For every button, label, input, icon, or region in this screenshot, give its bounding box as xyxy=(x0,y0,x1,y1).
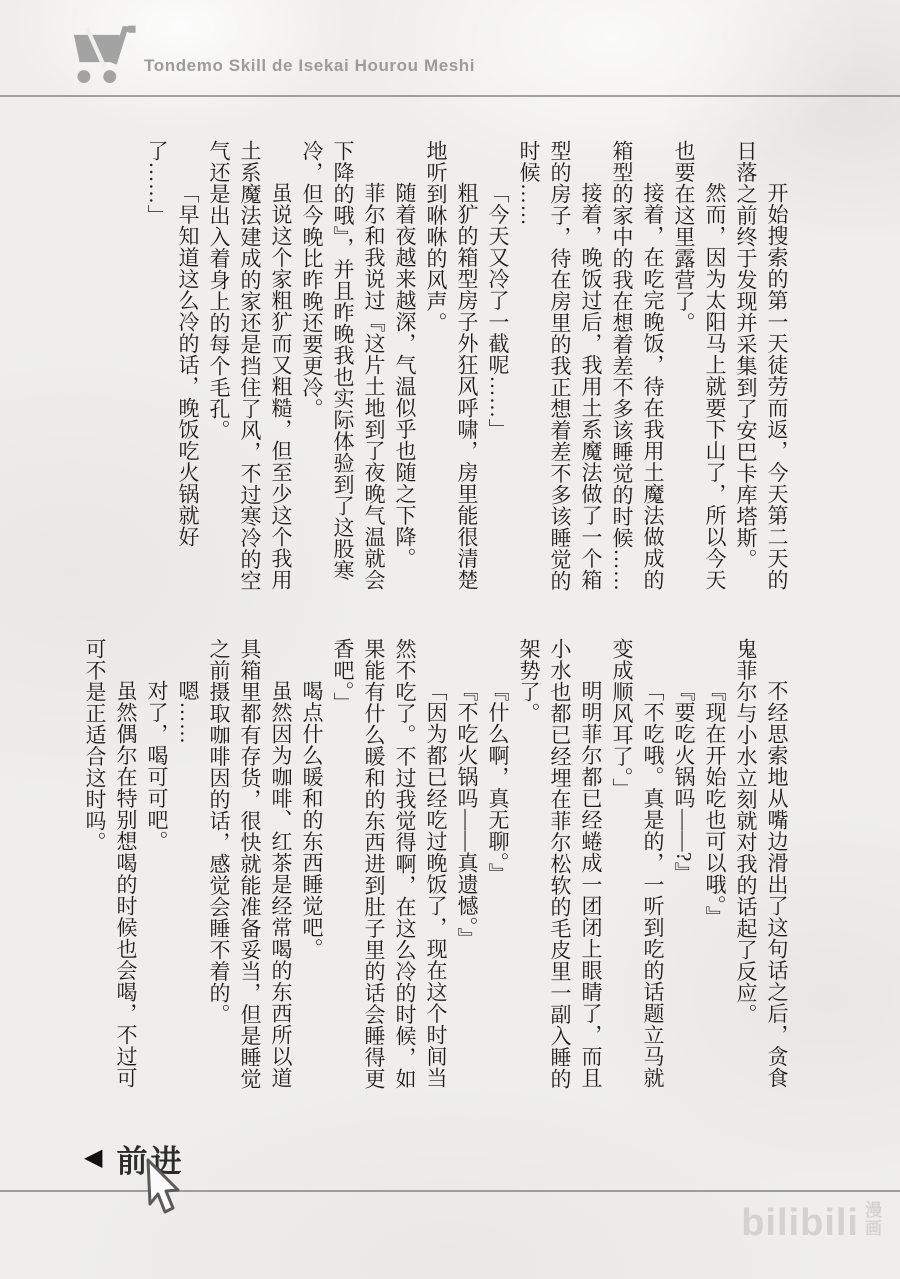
paragraph: 「因为都已经吃过晚饭了，现在这个时间当然不吃了。不过我觉得啊，在这么冷的时候，如… xyxy=(327,638,451,1108)
paragraph: 不经思索地从嘴边滑出了这句话之后，贪食鬼菲尔与小水立刻就对我的话起了反应。 xyxy=(730,638,792,1108)
novel-text-block-top: 开始搜索的第一天徒劳而返，今天第二天的日落之前终于发现并采集到了安巴卡库塔斯。然… xyxy=(98,140,792,598)
paragraph: 开始搜索的第一天徒劳而返，今天第二天的日落之前终于发现并采集到了安巴卡库塔斯。 xyxy=(730,140,792,598)
paragraph: 粗犷的箱型房子外狂风呼啸，房里能很清楚地听到咻咻的风声。 xyxy=(420,140,482,598)
paragraph: 「不吃哦。真是的，一听到吃的话题立马就变成顺风耳了。」 xyxy=(606,638,668,1108)
paragraph: 菲尔和我说过『这片土地到了夜晚气温就会下降的哦』，并且昨晚我也实际体验到了这股寒… xyxy=(296,140,389,598)
paragraph: 「早知道这么冷的话，晚饭吃火锅就好了……」 xyxy=(141,140,203,598)
shopping-cart-icon xyxy=(68,22,140,88)
paragraph: 喝点什么暖和的东西睡觉吧。 xyxy=(296,638,327,1108)
paragraph: 虽然因为咖啡、红茶是经常喝的东西所以道具箱里都有存货，很快就能准备妥当，但是睡觉… xyxy=(203,638,296,1108)
paragraph: 然而，因为太阳马上就要下山了，所以今天也要在这里露营了。 xyxy=(668,140,730,598)
back-triangle-icon: ◀ xyxy=(84,1146,102,1170)
header-divider xyxy=(0,95,900,97)
paragraph: 虽说这个家粗犷而又粗糙，但至少这个我用土系魔法建成的家还是挡住了风，不过寒冷的空… xyxy=(203,140,296,598)
paragraph: 对了，喝可可吧。 xyxy=(141,638,172,1108)
novel-text-block-bottom: 不经思索地从嘴边滑出了这句话之后，贪食鬼菲尔与小水立刻就对我的话起了反应。『现在… xyxy=(80,638,792,1108)
paragraph: 随着夜越来越深，气温似乎也随之下降。 xyxy=(389,140,420,598)
paragraph: 接着，晚饭过后，我用土系魔法做了一个箱型的房子，待在房里的我正想着差不多该睡觉的… xyxy=(513,140,606,598)
manga-label: 漫 画 xyxy=(865,1202,882,1240)
bilibili-logo: bilibili xyxy=(741,1206,859,1240)
paragraph: 虽然偶尔在特别想喝的时候也会喝，不过可可不是正适合这时吗。 xyxy=(79,638,141,1108)
paragraph: 嗯…… xyxy=(172,638,203,1108)
paragraph: 接着，在吃完晚饭，待在我用土魔法做成的箱型的家中的我在想着差不多该睡觉的时候…… xyxy=(606,140,668,598)
paragraph: 『现在开始吃也可以哦。』 xyxy=(699,638,730,1108)
footer-divider xyxy=(0,1190,900,1192)
paragraph: 「今天又冷了一截呢……」 xyxy=(482,140,513,598)
mouse-cursor-icon xyxy=(136,1158,180,1222)
header: Tondemo Skill de Isekai Hourou Meshi xyxy=(0,0,900,96)
bilibili-manga-watermark: bilibili 漫 画 xyxy=(741,1202,882,1240)
paragraph: 『不吃火锅吗——真遗憾。』 xyxy=(451,638,482,1108)
paragraph: 『什么啊，真无聊。』 xyxy=(482,638,513,1108)
paragraph: 『要吃火锅吗——?』 xyxy=(668,638,699,1108)
page-title: Tondemo Skill de Isekai Hourou Meshi xyxy=(144,56,475,76)
paragraph: 明明菲尔都已经蜷成一团闭上眼睛了，而且小水也都已经埋在菲尔松软的毛皮里一副入睡的… xyxy=(513,638,606,1108)
